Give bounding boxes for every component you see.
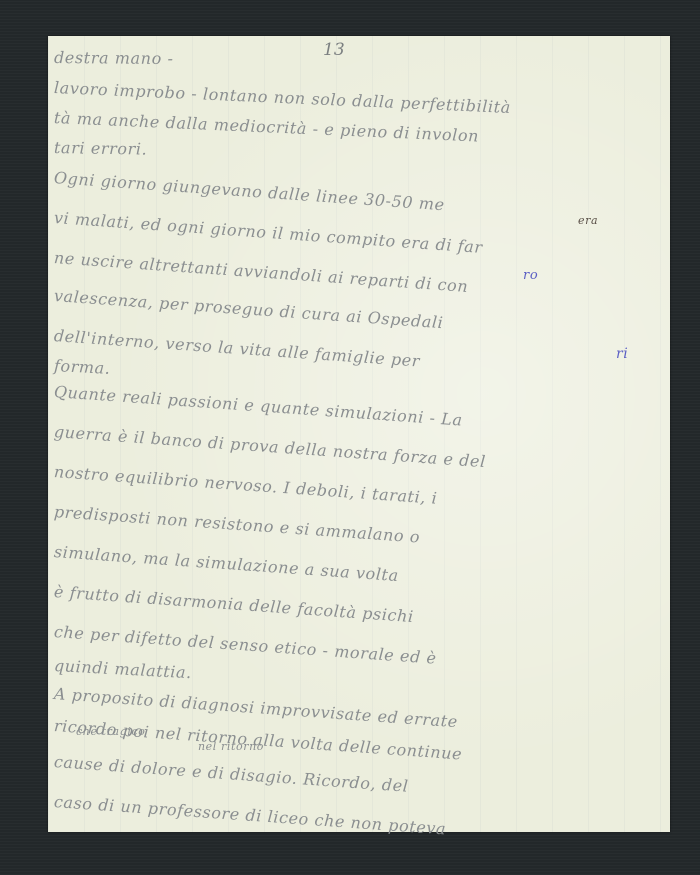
text-line: Ogni giorno giungevano dalle linee 30-50… (53, 168, 445, 214)
text-line: destra mano - (54, 48, 174, 68)
manuscript-page: 13 destra mano - lavoro improbo - lontan… (48, 36, 670, 832)
text-line: predisposti non resistono e si ammalano … (53, 502, 420, 547)
text-line: guerra è il banco di prova della nostra … (53, 422, 486, 471)
blue-correction: ro (523, 268, 538, 283)
text-line: simulano, ma la simulazione a sua volta (53, 542, 399, 585)
insertion-annotation: nel ritorno (198, 740, 700, 753)
blue-correction: ri (616, 346, 628, 362)
insertion-annotation: che tragico (76, 725, 698, 738)
insertion-annotation: era (578, 214, 700, 227)
page-number: 13 (323, 40, 345, 60)
text-line: quindi malattia. (54, 656, 193, 682)
text-line: caso di un professore di liceo che non p… (53, 792, 446, 838)
text-line: è frutto di disarmonia delle facoltà psi… (53, 582, 414, 626)
text-line: vi malati, ed ogni giorno il mio compito… (53, 208, 483, 257)
text-line: ne uscire altrettanti avviandoli ai repa… (53, 248, 469, 296)
text-line: valescenza, per proseguo di cura ai Ospe… (53, 286, 444, 332)
text-line: tari errori. (54, 138, 148, 159)
text-line: forma. (54, 356, 112, 378)
text-line: cause di dolore e di disagio. Ricordo, d… (53, 752, 409, 796)
text-line: nostro equilibrio nervoso. I deboli, i t… (53, 462, 438, 508)
text-line: Quante reali passioni e quante simulazio… (53, 382, 463, 430)
